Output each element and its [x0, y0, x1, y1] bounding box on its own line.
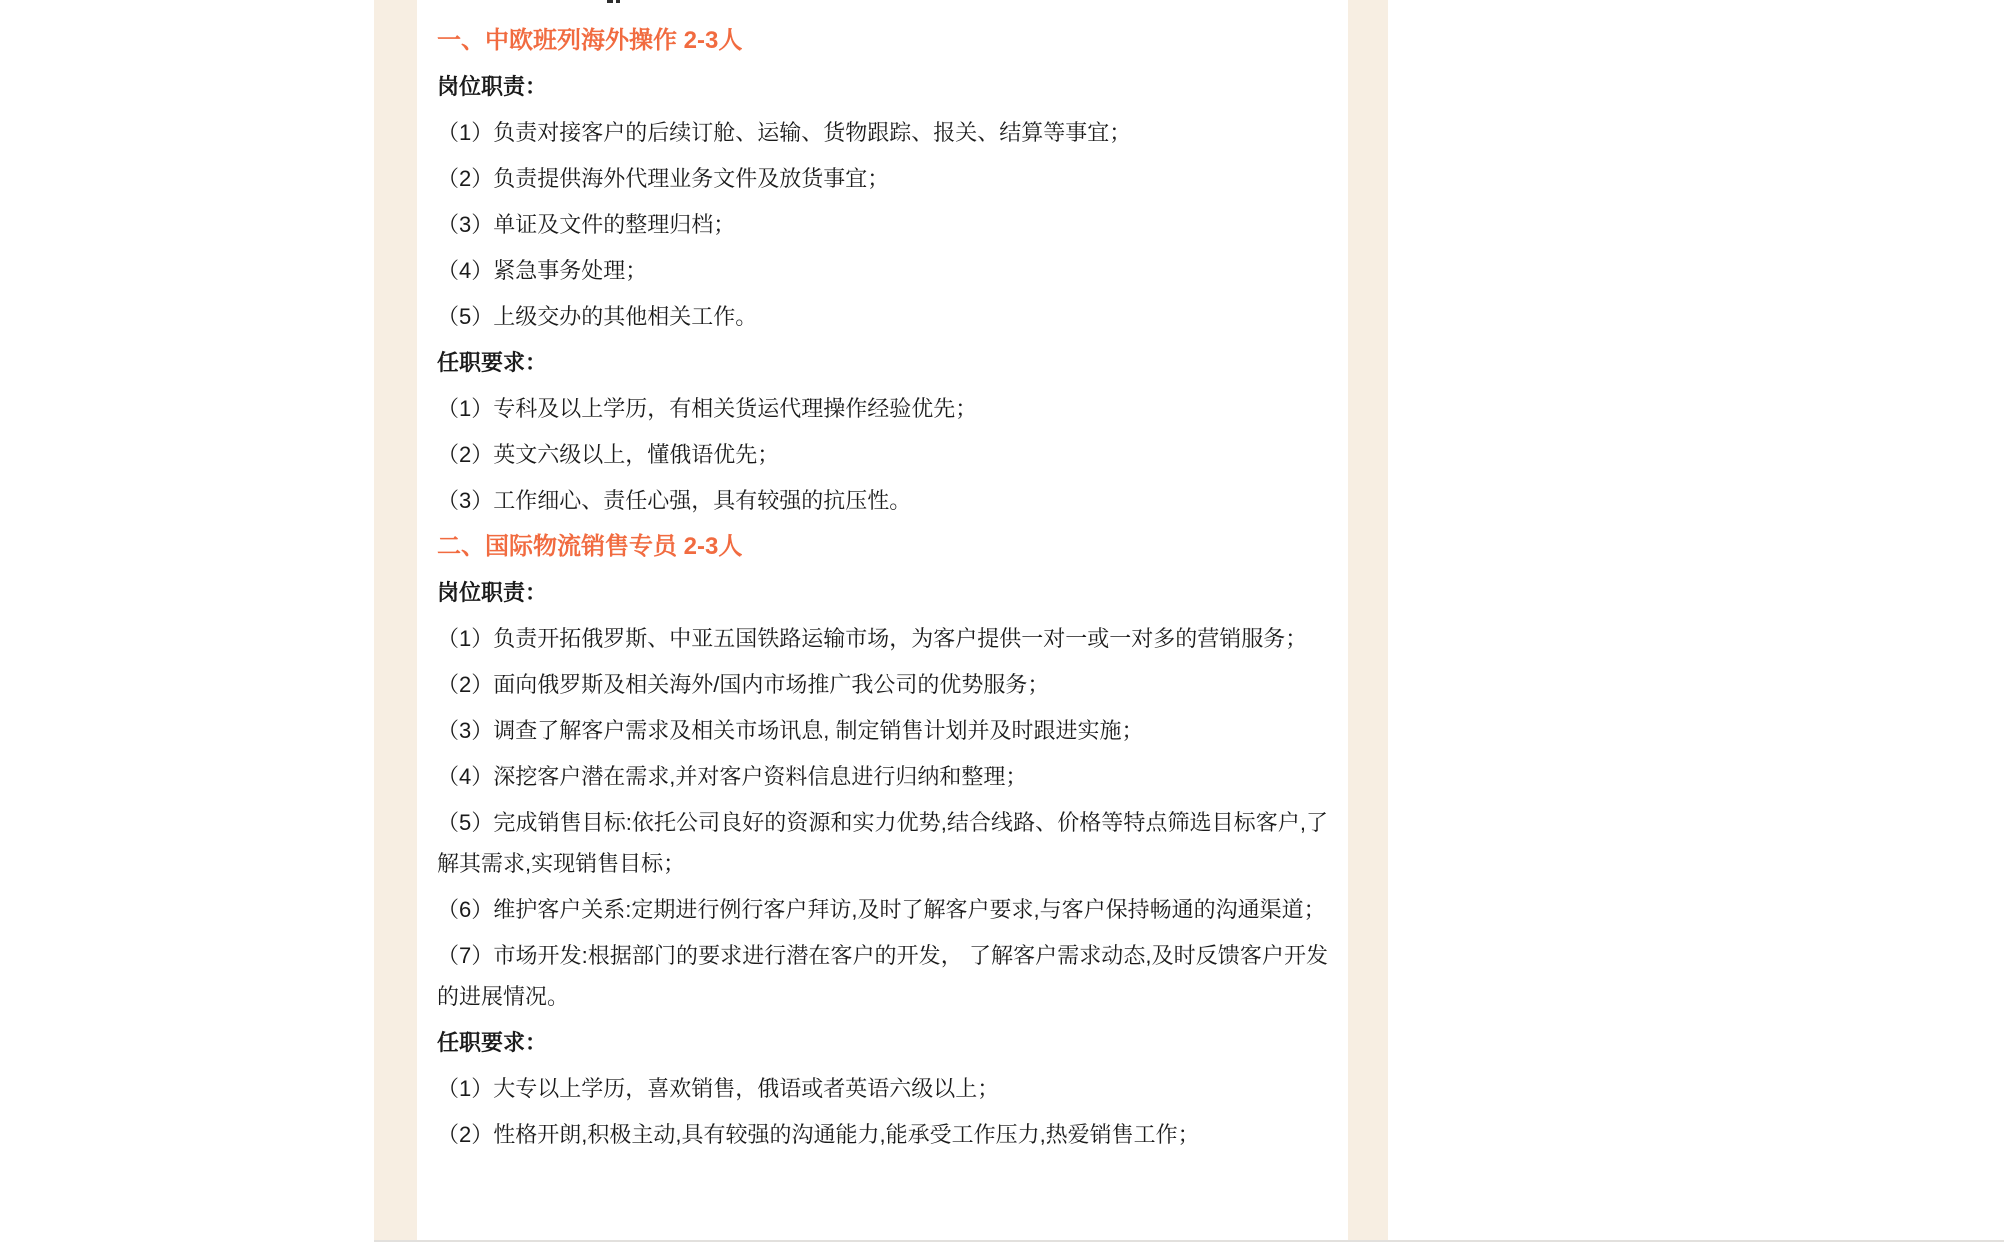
section-1-duties-label: 岗位职责：: [437, 66, 1328, 107]
paragraph: （4）深挖客户潜在需求,并对客户资料信息进行归纳和整理；: [437, 756, 1328, 797]
paragraph: （6）维护客户关系:定期进行例行客户拜访,及时了解客户要求,与客户保持畅通的沟通…: [437, 889, 1328, 930]
paragraph: （3）调查了解客户需求及相关市场讯息, 制定销售计划并及时跟进实施；: [437, 710, 1328, 751]
article-background: 一、中欧班列海外操作 2-3人 岗位职责： （1）负责对接客户的后续订舱、运输、…: [374, 0, 1388, 1240]
paragraph: （1）负责对接客户的后续订舱、运输、货物跟踪、报关、结算等事宜；: [437, 112, 1328, 153]
paragraph: （5）上级交办的其他相关工作。: [437, 296, 1328, 337]
clipped-text-fragment: [616, 0, 620, 3]
paragraph: （2）负责提供海外代理业务文件及放货事宜；: [437, 158, 1328, 199]
paragraph: （2）性格开朗,积极主动,具有较强的沟通能力,能承受工作压力,热爱销售工作；: [437, 1114, 1328, 1155]
article-card: 一、中欧班列海外操作 2-3人 岗位职责： （1）负责对接客户的后续订舱、运输、…: [417, 0, 1348, 1240]
paragraph: （3）单证及文件的整理归档；: [437, 204, 1328, 245]
paragraph: （1）大专以上学历，喜欢销售，俄语或者英语六级以上；: [437, 1068, 1328, 1109]
paragraph: （1）负责开拓俄罗斯、中亚五国铁路运输市场，为客户提供一对一或一对多的营销服务；: [437, 618, 1328, 659]
paragraph: （4）紧急事务处理；: [437, 250, 1328, 291]
paragraph: （7）市场开发:根据部门的要求进行潜在客户的开发， 了解客户需求动态,及时反馈客…: [437, 935, 1328, 1017]
article-content: 一、中欧班列海外操作 2-3人 岗位职责： （1）负责对接客户的后续订舱、运输、…: [417, 0, 1348, 1155]
clipped-text-fragment: [607, 0, 613, 3]
paragraph: （1）专科及以上学历，有相关货运代理操作经验优先；: [437, 388, 1328, 429]
paragraph: （3）工作细心、责任心强，具有较强的抗压性。: [437, 480, 1328, 521]
paragraph: （2）英文六级以上，懂俄语优先；: [437, 434, 1328, 475]
section-2-reqs-label: 任职要求：: [437, 1022, 1328, 1063]
paragraph: （5）完成销售目标:依托公司良好的资源和实力优势,结合线路、价格等特点筛选目标客…: [437, 802, 1328, 884]
section-2-heading: 二、国际物流销售专员 2-3人: [437, 526, 1328, 567]
section-2-duties-label: 岗位职责：: [437, 572, 1328, 613]
bottom-divider-line: [374, 1240, 2004, 1242]
section-1-heading: 一、中欧班列海外操作 2-3人: [437, 20, 1328, 61]
section-1-reqs-label: 任职要求：: [437, 342, 1328, 383]
paragraph: （2）面向俄罗斯及相关海外/国内市场推广我公司的优势服务；: [437, 664, 1328, 705]
article-viewport: 一、中欧班列海外操作 2-3人 岗位职责： （1）负责对接客户的后续订舱、运输、…: [0, 0, 2004, 1258]
